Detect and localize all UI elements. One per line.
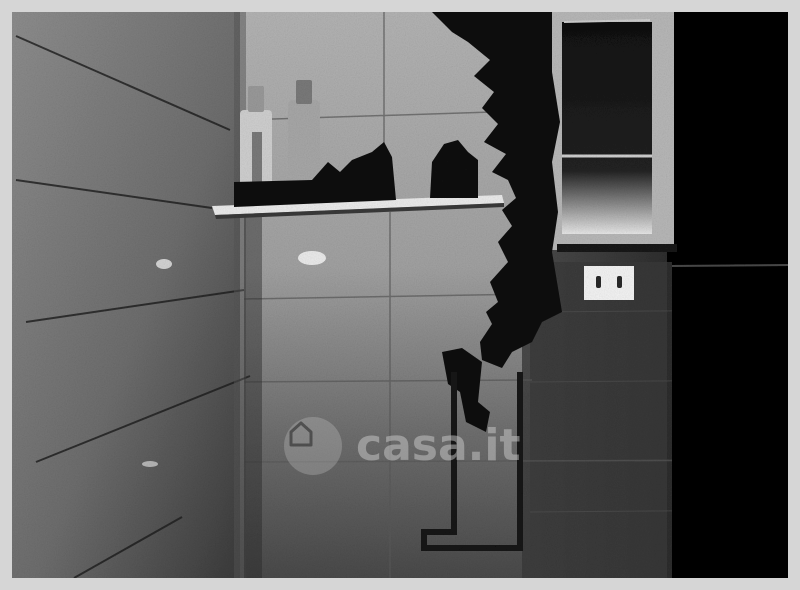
listing-photo: casa.it <box>12 12 788 578</box>
electrical-outlet <box>584 266 634 300</box>
bathroom-scene <box>12 12 788 578</box>
window <box>542 12 677 252</box>
house-icon <box>284 417 342 475</box>
watermark-text: casa.it <box>356 424 520 468</box>
casa-it-watermark: casa.it <box>284 417 520 475</box>
